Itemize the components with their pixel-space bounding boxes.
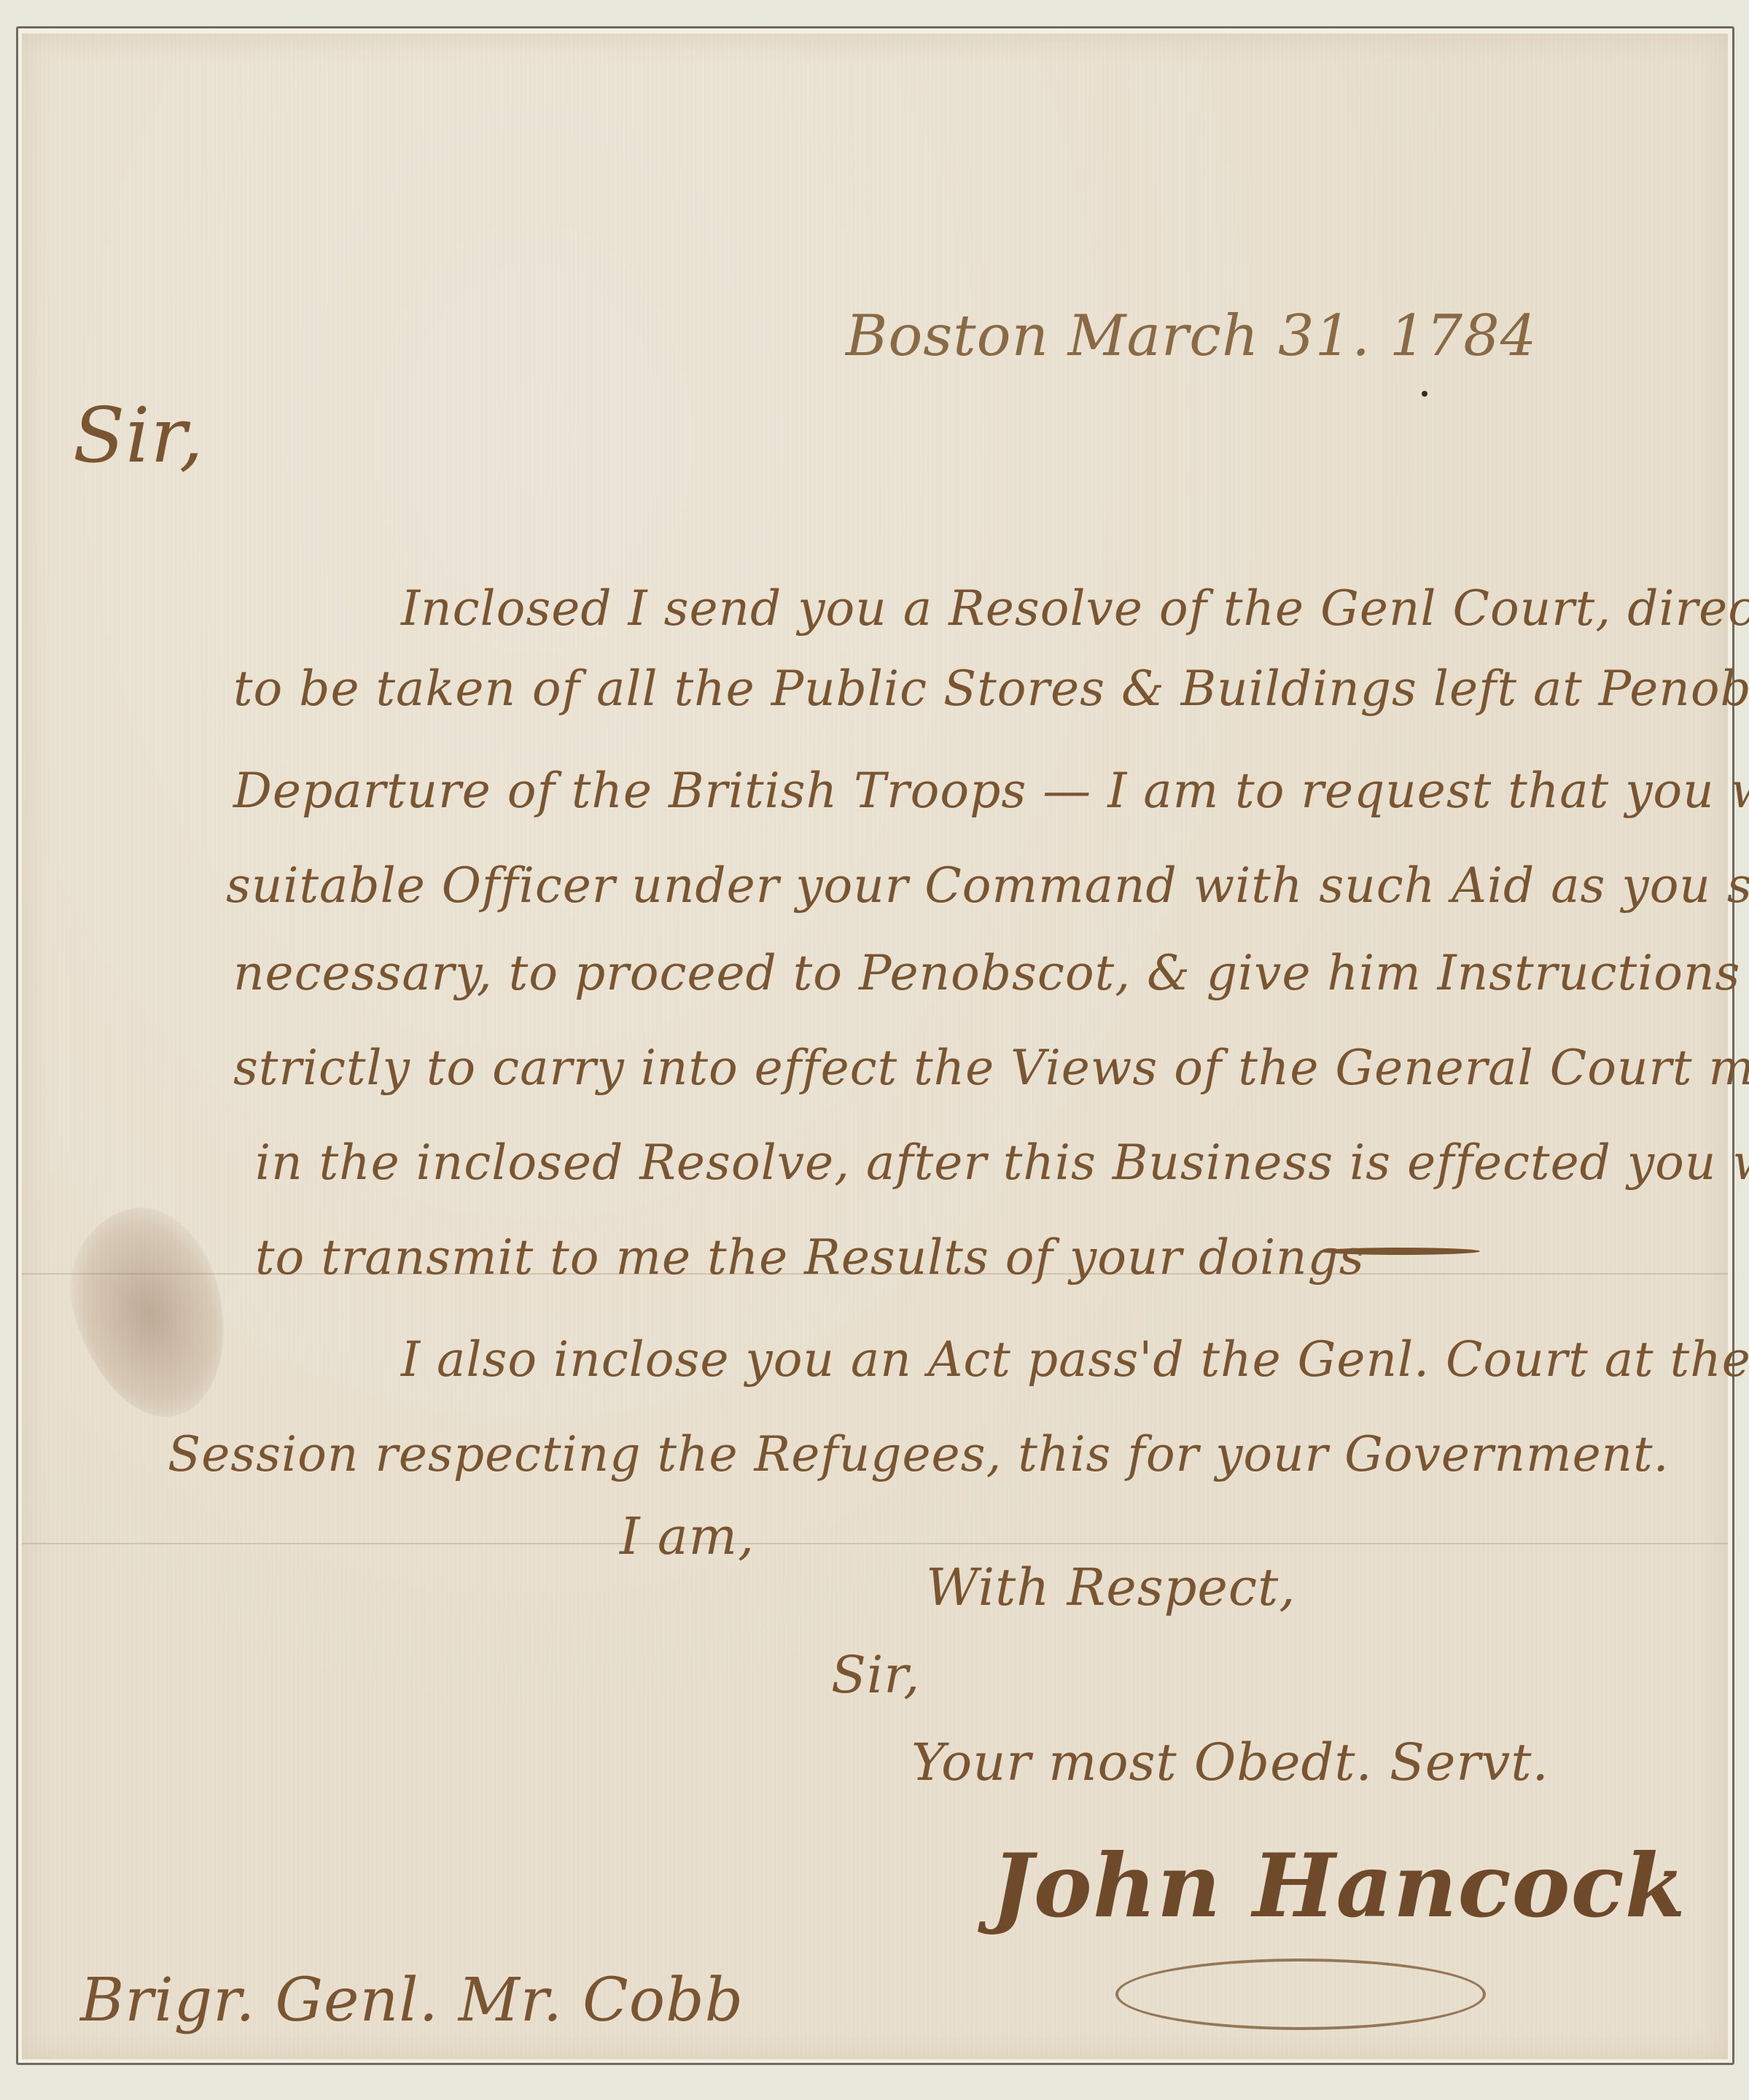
closing-line: I am, [620, 1506, 755, 1566]
closing-line: With Respect, [926, 1557, 1296, 1617]
body-line: suitable Officer under your Command with… [226, 857, 1749, 914]
ink-dot [1422, 391, 1427, 397]
body-line: Inclosed I send you a Resolve of the Gen… [401, 580, 1749, 637]
body-line: Departure of the British Troops — I am t… [233, 763, 1749, 819]
signature: John Hancock [992, 1835, 1686, 1937]
fold-line [22, 1543, 1728, 1544]
body-line: necessary, to proceed to Penobscot, & gi… [233, 945, 1749, 1001]
body-line: to transmit to me the Results of your do… [255, 1229, 1365, 1286]
body-line: Session respecting the Refugees, this fo… [168, 1426, 1670, 1482]
body-line: strictly to carry into effect the Views … [233, 1040, 1749, 1096]
body-line: in the inclosed Resolve, after this Busi… [255, 1135, 1749, 1191]
letter-dateline: Boston March 31. 1784 [846, 303, 1537, 369]
addressee: Brigr. Genl. Mr. Cobb [80, 1966, 744, 2035]
body-line: to be taken of all the Public Stores & B… [233, 661, 1749, 717]
letter-paper: Boston March 31. 1784 Sir, Inclosed I se… [22, 34, 1728, 2059]
letter-salutation: Sir, [73, 391, 204, 480]
closing-line: Sir, [831, 1645, 920, 1705]
body-line: I also inclose you an Act pass'd the Gen… [401, 1331, 1749, 1388]
ink-stain [52, 1192, 247, 1434]
signature-flourish [1115, 1959, 1486, 2030]
ink-rule [1320, 1248, 1480, 1255]
closing-line: Your most Obedt. Servt. [911, 1732, 1549, 1792]
